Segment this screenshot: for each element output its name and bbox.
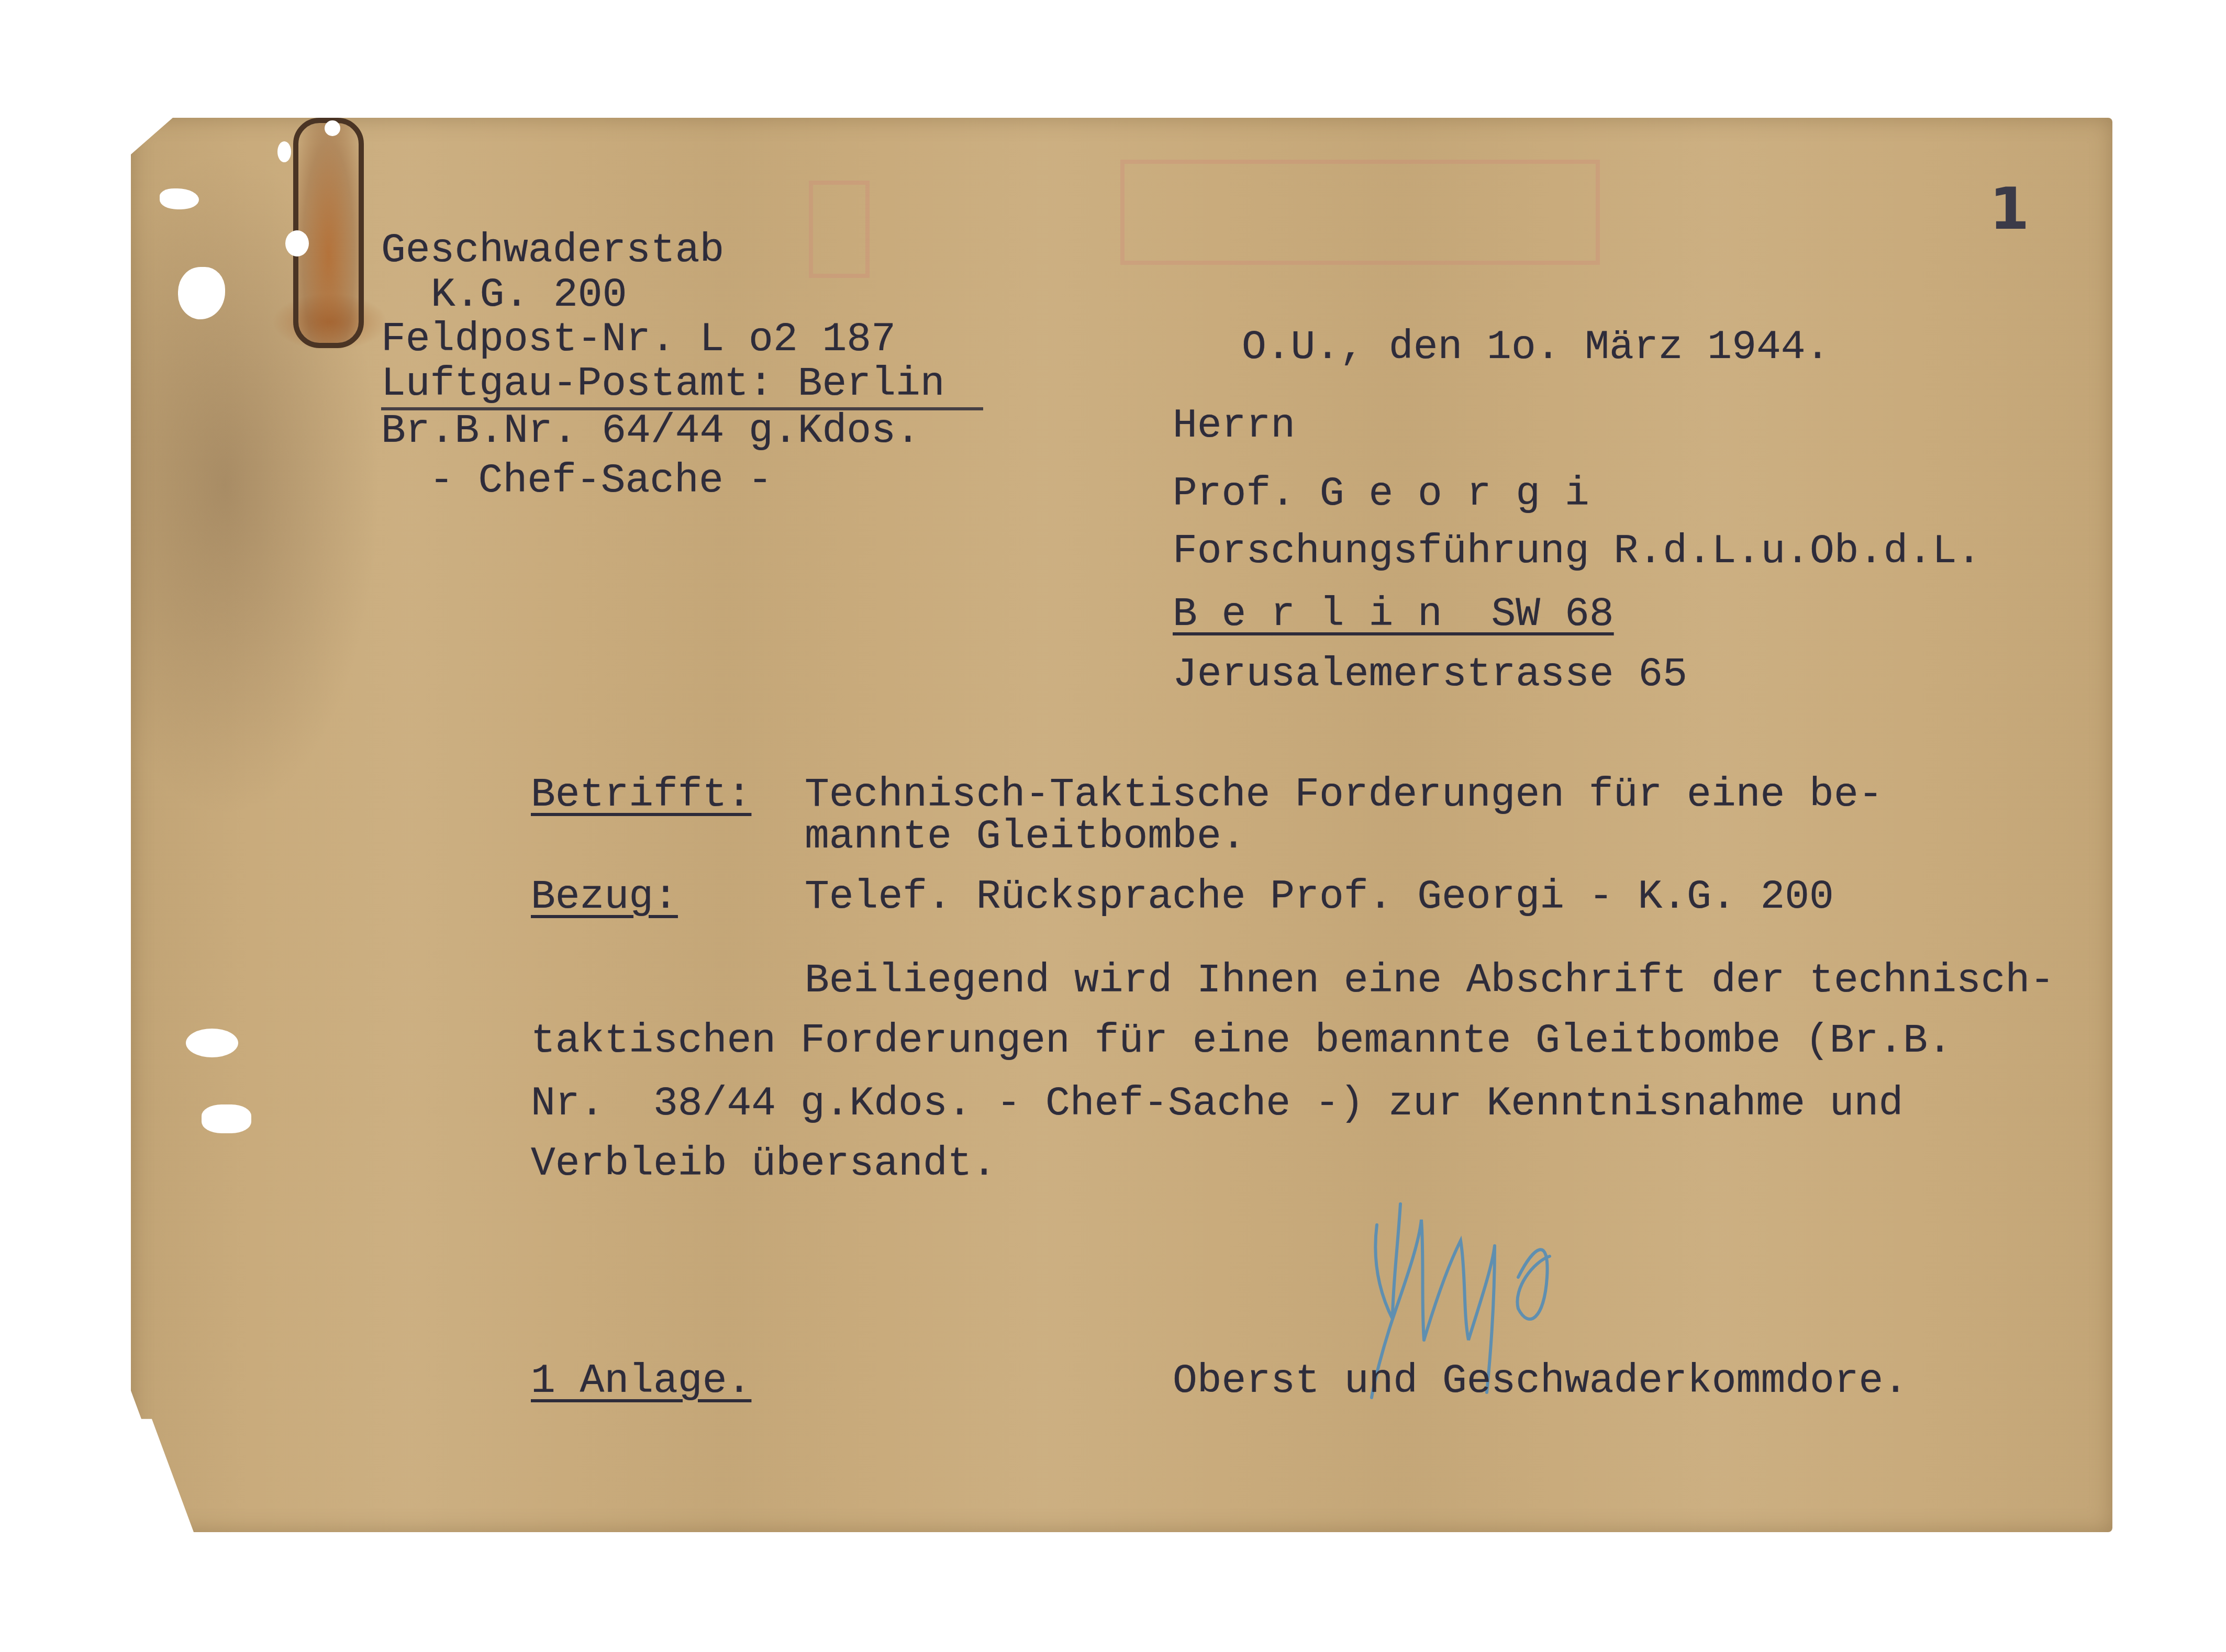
- body-line-4: Verbleib übersandt.: [531, 1144, 996, 1185]
- punch-hole: [186, 1029, 238, 1057]
- tear-hole: [285, 230, 309, 256]
- date-line: O.U., den 1o. März 1944.: [1242, 327, 1830, 368]
- subject-line-1: Technisch-Taktische Forderungen für eine…: [805, 775, 1883, 816]
- tear-hole: [160, 188, 199, 209]
- sender-unit: Geschwaderstab: [381, 230, 724, 271]
- body-line-3: Nr. 38/44 g.Kdos. - Chef-Sache -) zur Ke…: [531, 1084, 1903, 1124]
- page-number: 1: [1989, 175, 2030, 242]
- sender-file-number: Br.B.Nr. 64/44 g.Kdos.: [381, 411, 920, 452]
- sender-fieldpost: Feldpost-Nr. L o2 187: [381, 319, 896, 360]
- subject-line-2: mannte Gleitbombe.: [805, 817, 1246, 857]
- red-stamp-mark: [1120, 160, 1600, 265]
- recipient-salutation: Herrn: [1173, 406, 1295, 447]
- recipient-city: B e r l i n SW 68: [1173, 594, 1614, 635]
- recipient-organization: Forschungsführung R.d.L.u.Ob.d.L.: [1173, 531, 1982, 572]
- recipient-name: Prof. G e o r g i: [1173, 474, 1589, 515]
- sender-wing: K.G. 200: [431, 275, 627, 316]
- tear-hole: [277, 141, 291, 162]
- recipient-street: Jerusalemerstrasse 65: [1173, 654, 1687, 695]
- subject-label: Betrifft:: [531, 775, 751, 816]
- body-line-1: Beiliegend wird Ihnen eine Abschrift der…: [805, 961, 2054, 1001]
- red-stamp-mark: [809, 181, 870, 278]
- enclosure-note: 1 Anlage.: [531, 1361, 751, 1402]
- tear-hole: [325, 120, 340, 136]
- sender-postoffice: Luftgau-Postamt: Berlin: [381, 364, 945, 405]
- reference-label: Bezug:: [531, 877, 678, 918]
- reference-text: Telef. Rücksprache Prof. Georgi - K.G. 2…: [805, 877, 1834, 918]
- signature-title: Oberst und Geschwaderkommdore.: [1173, 1361, 1908, 1402]
- sender-classification: - Chef-Sache -: [429, 461, 772, 501]
- punch-hole: [202, 1104, 251, 1133]
- body-line-2: taktischen Forderungen für eine bemannte…: [531, 1021, 1952, 1062]
